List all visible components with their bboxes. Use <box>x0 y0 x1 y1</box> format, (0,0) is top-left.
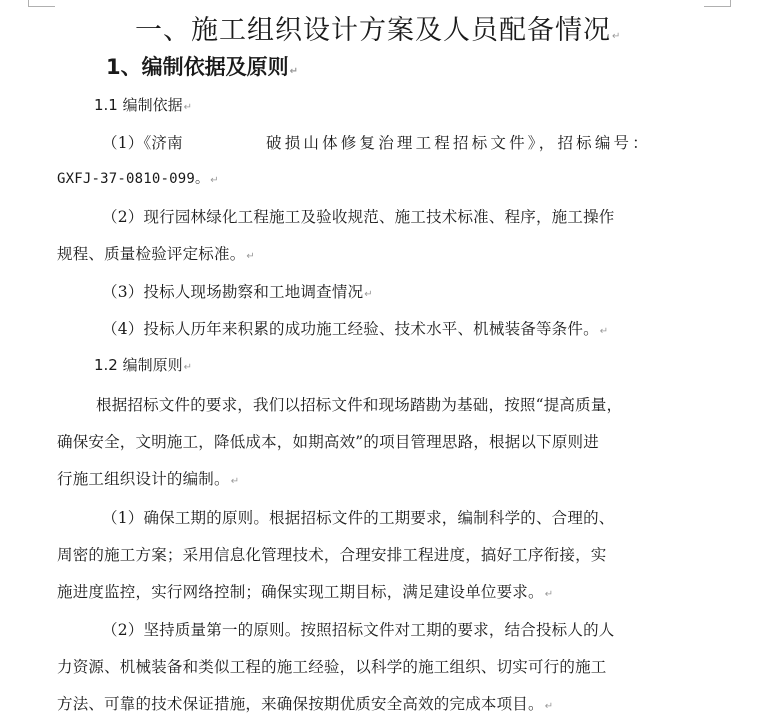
paragraph-mark-icon: ↵ <box>545 589 554 600</box>
basis-item-2-line2: 规程、质量检验评定标准。↵ <box>57 242 255 264</box>
principles-intro-line2: 确保安全，文明施工，降低成本，如期高效”的项目管理思路，根据以下原则进 <box>57 430 599 452</box>
subsection-heading-1-2: 1.2 编制原则↵ <box>94 354 192 375</box>
basis-item-1-line2: GXFJ-37-0810-099。↵ <box>57 168 219 188</box>
paragraph-mark-icon: ↵ <box>231 476 240 487</box>
principle-item-1-line3: 施进度监控，实行网络控制；确保实现工期目标，满足建设单位要求。↵ <box>57 580 553 602</box>
basis-item-4: （4）投标人历年来积累的成功施工经验、技术水平、机械装备等条件。↵ <box>102 317 608 339</box>
principle-item-1-line2: 周密的施工方案；采用信息化管理技术，合理安排工程进度，搞好工序衔接，实 <box>57 543 607 565</box>
principle-item-2-line2: 力资源、机械装备和类似工程的施工经验，以科学的施工组织、切实可行的施工 <box>57 655 607 677</box>
document-title: 一、施工组织设计方案及人员配备情况↵ <box>135 8 621 47</box>
paragraph-mark-icon: ↵ <box>246 251 255 262</box>
paragraph-mark-icon: ↵ <box>612 31 621 42</box>
paragraph-mark-icon: ↵ <box>545 701 554 712</box>
principles-intro-line3: 行施工组织设计的编制。↵ <box>57 467 239 489</box>
paragraph-mark-icon: ↵ <box>184 362 192 373</box>
basis-item-3: （3）投标人现场勘察和工地调查情况↵ <box>102 280 373 302</box>
paragraph-mark-icon: ↵ <box>184 102 192 113</box>
page-corner-mark-left <box>28 0 55 7</box>
subsection-heading-1-1: 1.1 编制依据↵ <box>94 94 192 115</box>
page-corner-mark-right <box>704 0 731 7</box>
section-heading-1: 1、编制依据及原则↵ <box>106 51 298 81</box>
principle-item-1-line1: （1）确保工期的原则。根据招标文件的工期要求，编制科学的、合理的、 <box>102 506 614 528</box>
paragraph-mark-icon: ↵ <box>600 326 609 337</box>
paragraph-mark-icon: ↵ <box>364 289 373 300</box>
principle-item-2-line3: 方法、可靠的技术保证措施，来确保按期优质安全高效的完成本项目。↵ <box>57 692 553 714</box>
paragraph-mark-icon: ↵ <box>210 175 219 186</box>
basis-item-2-line1: （2）现行园林绿化工程施工及验收规范、施工技术标准、程序，施工操作 <box>102 205 614 227</box>
principles-intro-line1: 根据招标文件的要求，我们以招标文件和现场踏勘为基础，按照“提高质量， <box>96 393 622 415</box>
principle-item-2-line1: （2）坚持质量第一的原则。按照招标文件对工期的要求，结合投标人的人 <box>102 618 614 640</box>
basis-item-1-line1a: （1）《济南 <box>102 131 183 153</box>
paragraph-mark-icon: ↵ <box>290 66 298 77</box>
basis-item-1-line1b: 破损山体修复治理工程招标文件》，招标编号： <box>266 131 651 153</box>
